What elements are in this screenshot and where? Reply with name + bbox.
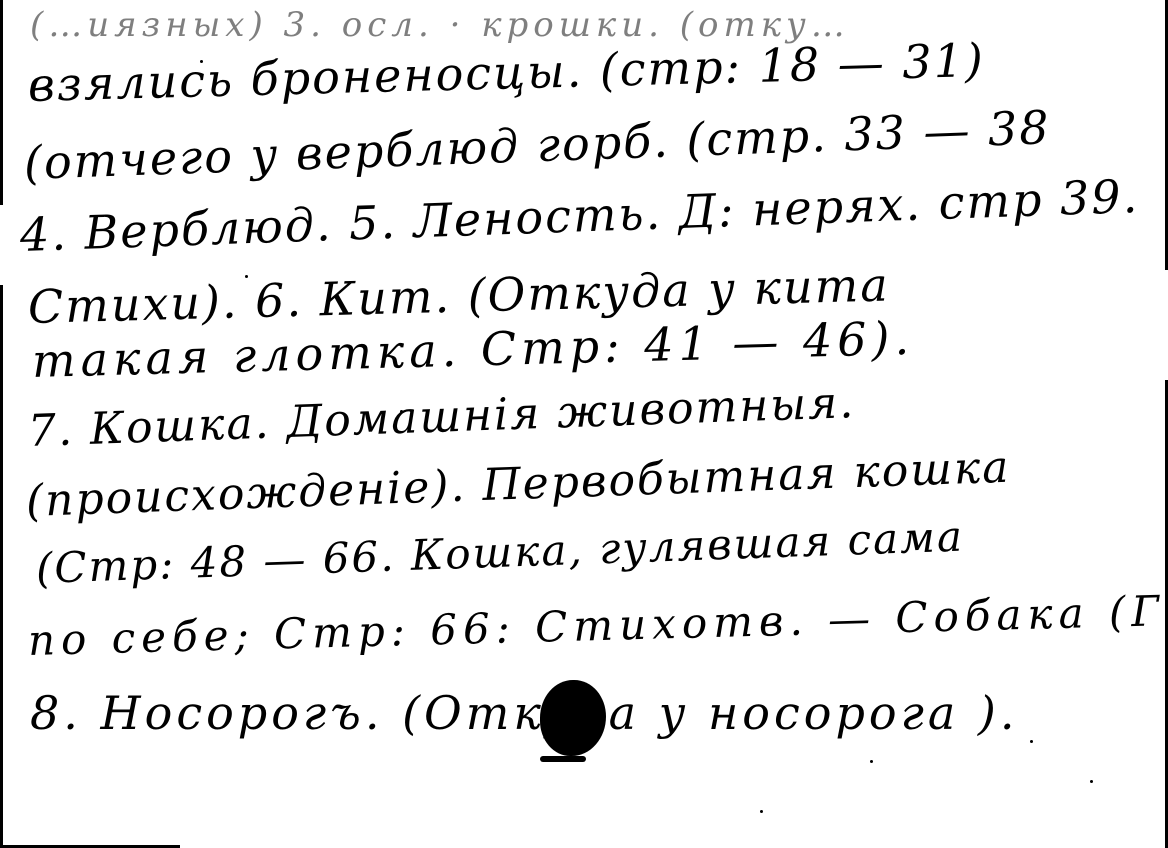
scan-speck	[245, 275, 248, 278]
handwritten-line-6: 7. Кошка. Домашнія животныя.	[27, 381, 856, 454]
handwritten-line-3: 4. Верблюд. 5. Леность. Д: нерях. стр 39…	[19, 173, 1140, 258]
handwritten-line-2: (отчего у верблюд горб. (стр. 33 — 38	[23, 104, 1051, 186]
scan-border-left	[0, 0, 3, 205]
scan-speck	[1090, 780, 1093, 783]
handwritten-line-8: (Стр: 48 — 66. Кошка, гулявшая сама	[35, 516, 964, 590]
handwritten-line-7: (происхожденіе). Первобытная кошка	[25, 446, 1011, 524]
scan-speck	[200, 60, 203, 63]
scan-speck	[400, 410, 403, 413]
scan-speck	[870, 760, 873, 763]
scan-border-left	[0, 285, 3, 848]
handwritten-line-1: взялись броненосцы. (стр: 18 — 31)	[27, 37, 985, 108]
scan-speck	[1030, 740, 1033, 743]
scan-speck	[760, 810, 763, 813]
catalog-card: (…иязных) 3. осл. · крошки. (отку… взяли…	[0, 0, 1168, 848]
handwritten-line-10: 8. Носорогъ. (Откуда у носорога ).	[30, 690, 1018, 736]
handwritten-line-0: (…иязных) 3. осл. · крошки. (отку…	[30, 8, 850, 42]
ink-blot	[540, 680, 606, 756]
ink-blot-smear	[540, 756, 586, 762]
handwritten-line-9: по себе; Стр: 66: Стихотв. — Собака (Гец…	[27, 588, 1168, 662]
